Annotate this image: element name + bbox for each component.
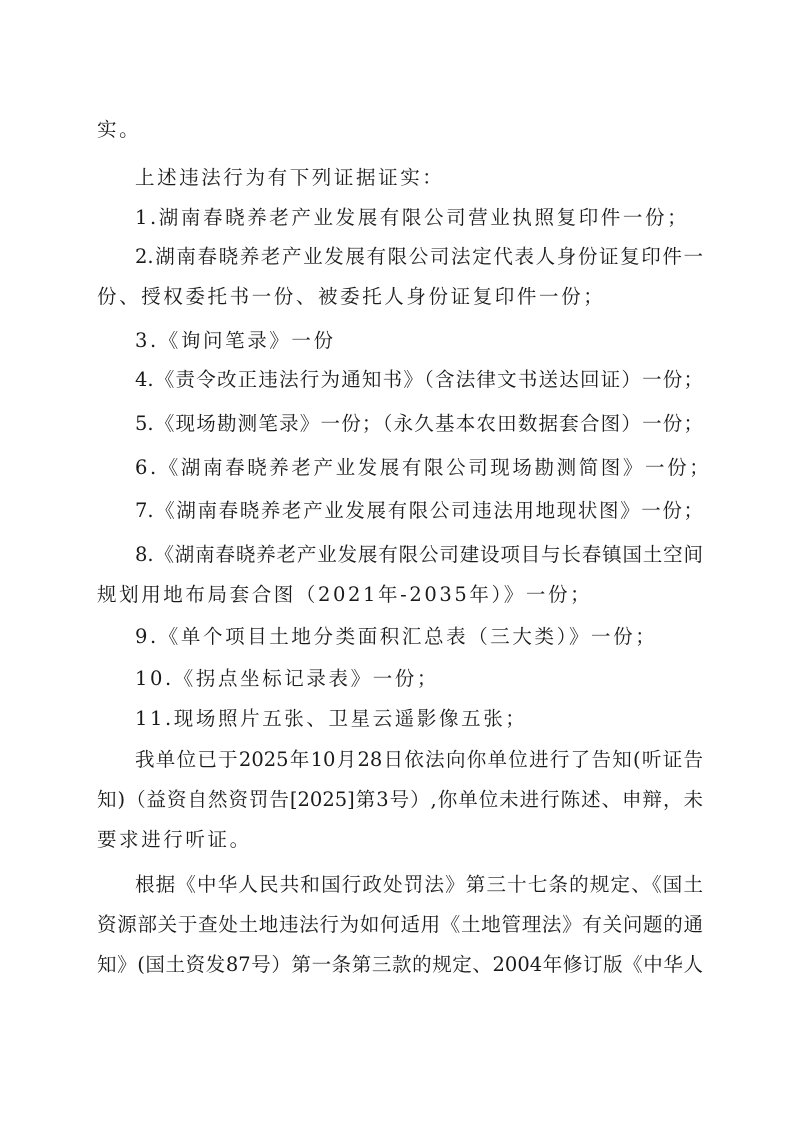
text-line: 份、授权委托书一份、被委托人身份证复印件一份； (97, 282, 703, 312)
text-line: 5.《现场勘测笔录》一份；（永久基本农田数据套合图）一份； (97, 409, 703, 439)
text-line: 要求进行听证。 (97, 825, 703, 855)
text-line: 7.《湖南春晓养老产业发展有限公司违法用地现状图》一份； (97, 496, 703, 526)
text-line: 知》(国土资发87号）第一条第三款的规定、2004年修订版《中华人 (97, 950, 703, 980)
text-line: 2.湖南春晓养老产业发展有限公司法定代表人身份证复印件一 (97, 242, 703, 272)
text-line: 规划用地布局套合图（2021年-2035年）》一份； (97, 580, 703, 610)
text-line: 3.《询问笔录》一份 (97, 326, 741, 356)
text-line: 6.《湖南春晓养老产业发展有限公司现场勘测简图》一份； (97, 453, 741, 483)
text-line: 根据《中华人民共和国行政处罚法》第三十七条的规定、《国土 (97, 870, 703, 900)
text-line: 知)（益资自然资罚告[2025]第3号）,你单位未进行陈述、申辩，未 (97, 785, 703, 815)
text-line: 4.《责令改正违法行为通知书》（含法律文书送达回证）一份； (97, 365, 703, 395)
text-line: 9.《单个项目土地分类面积汇总表（三大类）》一份； (97, 622, 741, 652)
text-line: 11.现场照片五张、卫星云遥影像五张； (97, 704, 741, 734)
text-line: 8.《湖南春晓养老产业发展有限公司建设项目与长春镇国土空间 (97, 540, 703, 570)
text-line: 10.《拐点坐标记录表》一份； (97, 664, 741, 694)
text-line: 我单位已于2025年10月28日依法向你单位进行了告知(听证告 (97, 745, 703, 775)
text-line: 上述违法行为有下列证据证实： (97, 163, 741, 193)
text-line: 实。 (97, 115, 703, 145)
text-line: 资源部关于查处土地违法行为如何适用《土地管理法》有关问题的通 (97, 910, 703, 940)
text-line: 1.湖南春晓养老产业发展有限公司营业执照复印件一份； (97, 203, 741, 233)
